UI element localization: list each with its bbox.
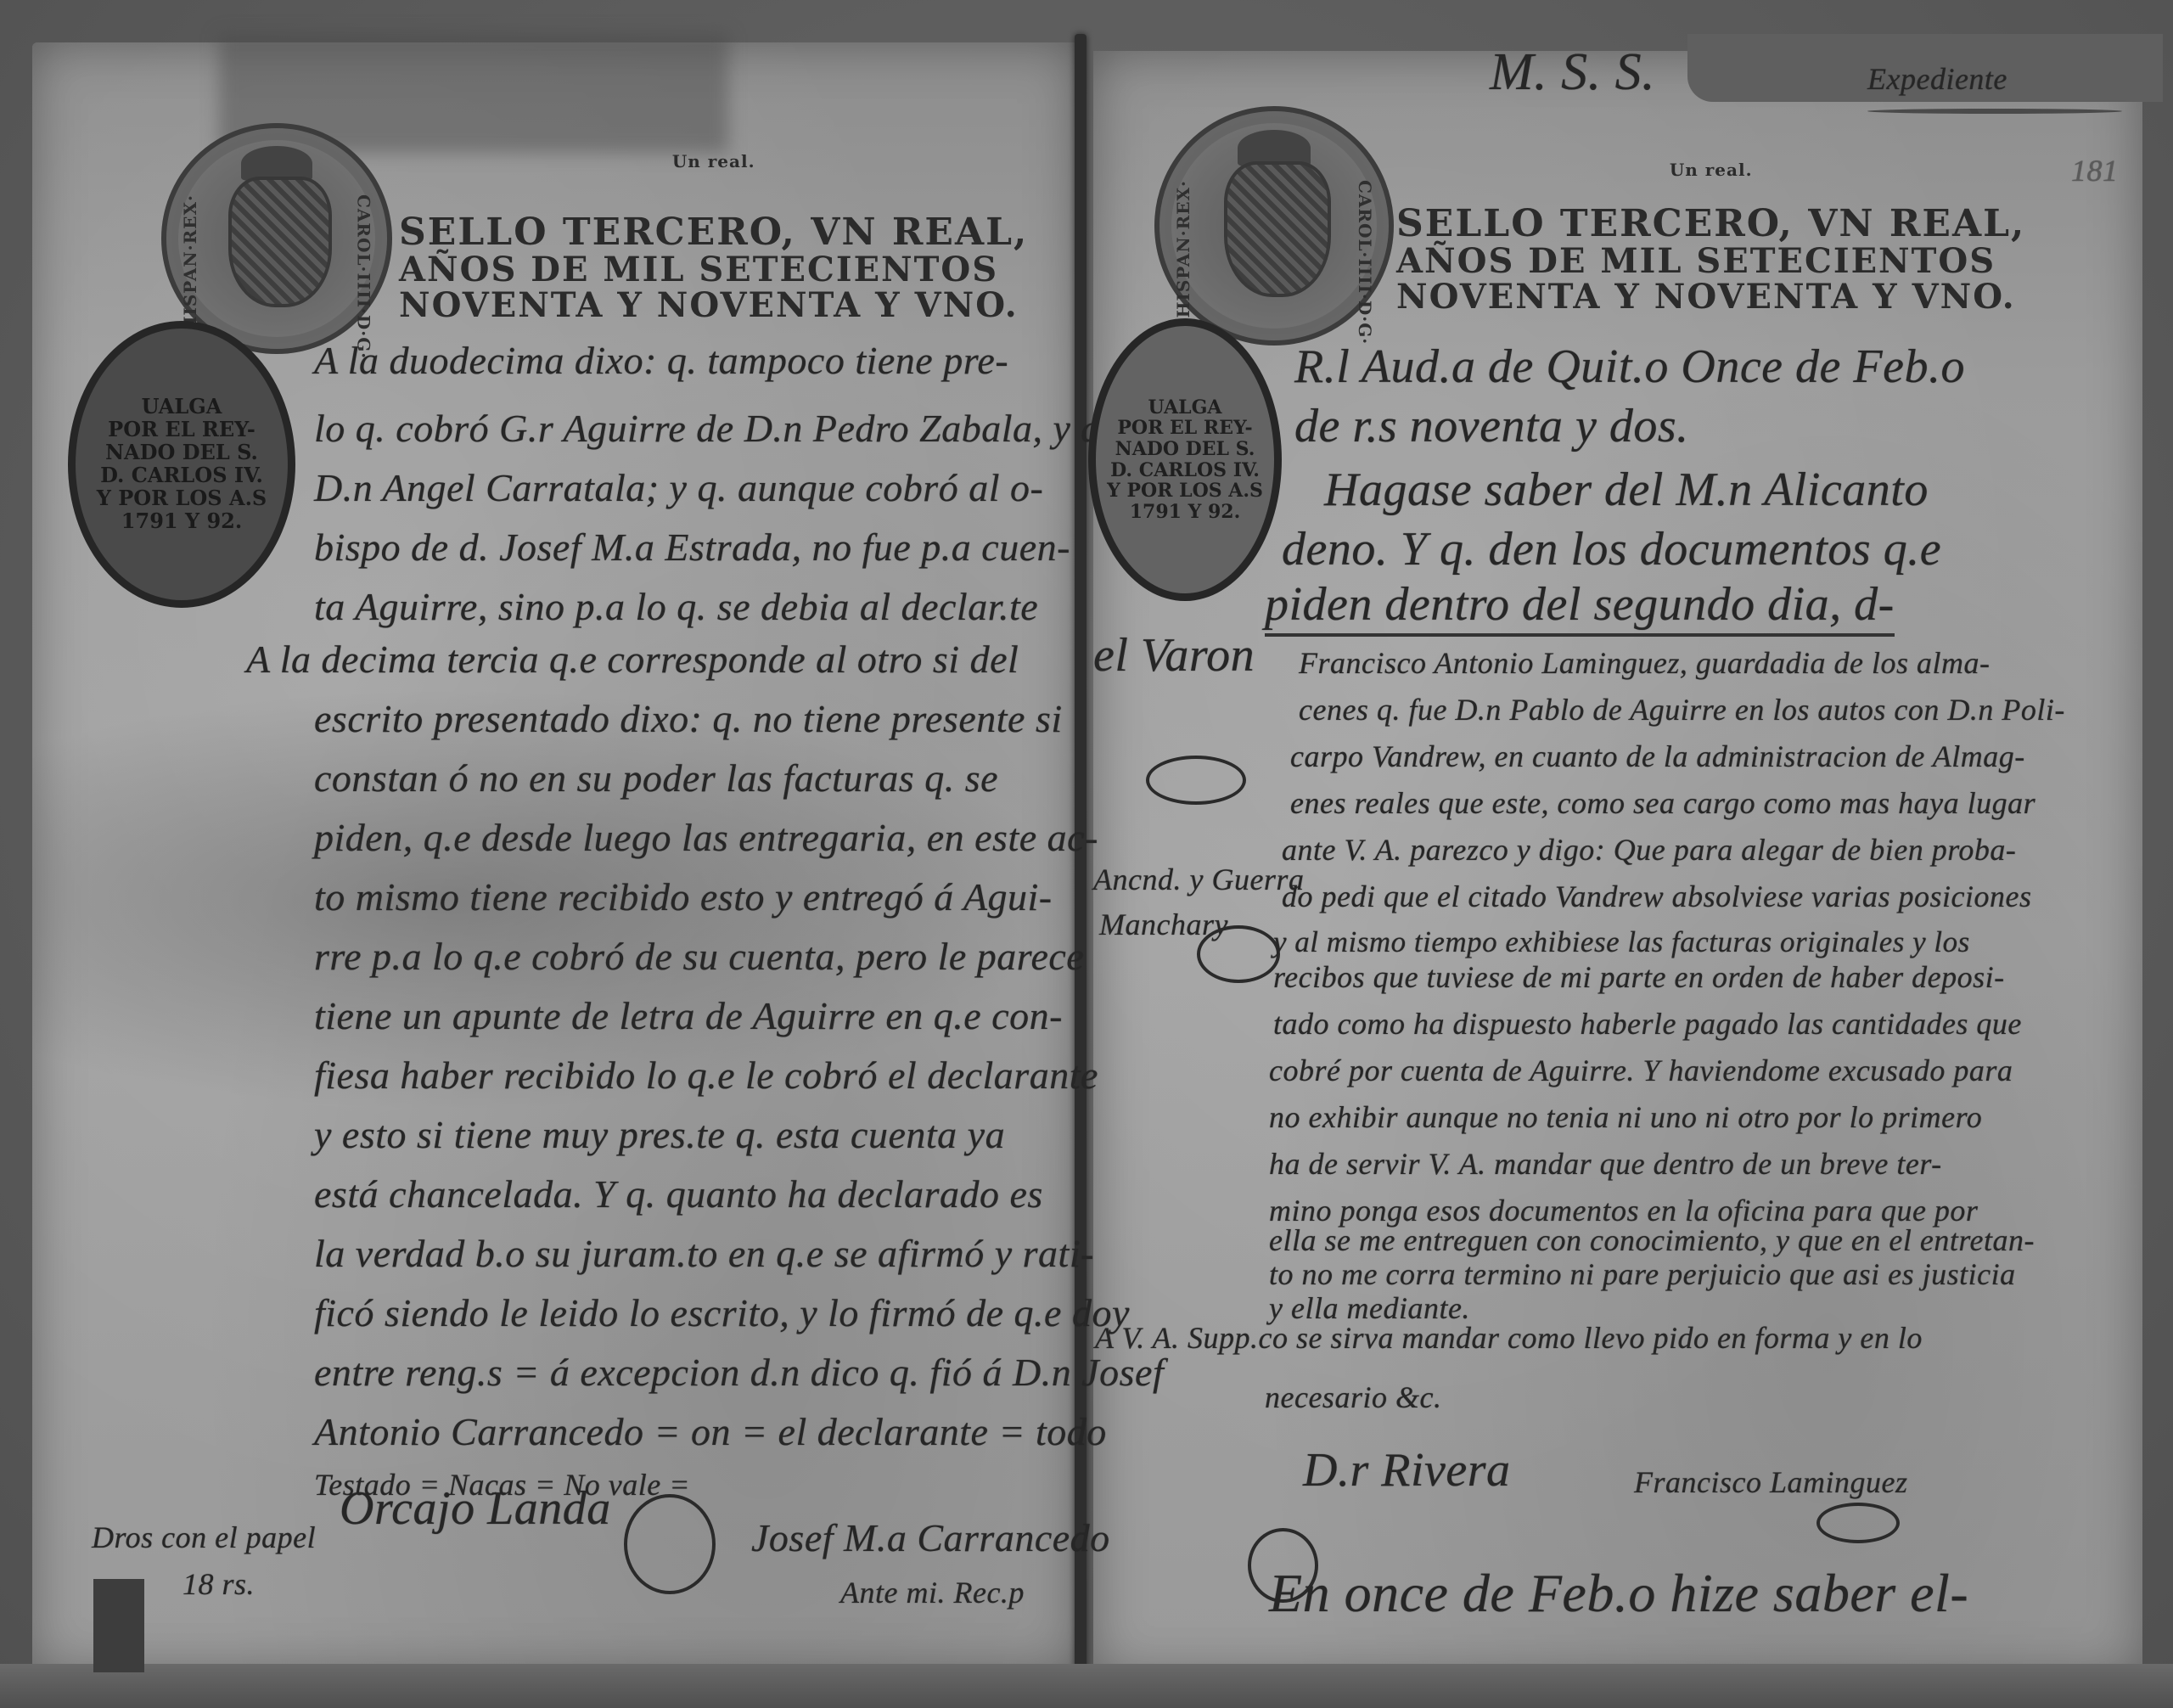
text-line: lo q. cobró G.r Aguirre de D.n Pedro Zab… bbox=[314, 406, 1119, 451]
stamp-line: 1791 Y 92. bbox=[1130, 502, 1241, 523]
text-line: bispo de d. Josef M.a Estrada, no fue p.… bbox=[314, 525, 1070, 570]
text-line: tiene un apunte de letra de Aguirre en q… bbox=[314, 993, 1063, 1038]
decree-line: Hagase saber del M.n Alicanto bbox=[1324, 463, 1929, 517]
header-line: NOVENTA Y NOVENTA Y VNO. bbox=[399, 288, 1028, 323]
stamp-line: POR EL REY- bbox=[1117, 418, 1252, 439]
seal-ring-text: HISPAN·REX· bbox=[180, 194, 200, 332]
printed-header-right: Un real. SELLO TERCERO, VN REAL, AÑOS DE… bbox=[1396, 161, 2025, 315]
signature-rivera: D.r Rivera bbox=[1303, 1443, 1511, 1497]
text-line: ella se me entreguen con conocimiento, y… bbox=[1269, 1222, 2035, 1258]
stamp-line: POR EL REY- bbox=[108, 419, 255, 441]
closing-line: En once de Feb.o hize saber el- bbox=[1269, 1562, 1968, 1625]
text-line: ante V. A. parezco y digo: Que para aleg… bbox=[1282, 832, 2016, 868]
header-line: NOVENTA Y NOVENTA Y VNO. bbox=[1396, 279, 2025, 315]
text-line: cobré por cuenta de Aguirre. Y haviendom… bbox=[1269, 1053, 2013, 1088]
margin-flourish bbox=[1146, 756, 1246, 805]
text-line: necesario &c. bbox=[1265, 1379, 1441, 1415]
text-line: cenes q. fue D.n Pablo de Aguirre en los… bbox=[1299, 692, 2065, 728]
stamp-line: Y POR LOS A.S bbox=[97, 487, 267, 510]
bottom-shadow bbox=[0, 1664, 2173, 1708]
text-line: A la decima tercia q.e corresponde al ot… bbox=[246, 637, 1019, 682]
stamp-line: D. CARLOS IV. bbox=[1110, 460, 1260, 481]
margin-note-varon: el Varon bbox=[1093, 628, 1255, 683]
decree-line: de r.s noventa y dos. bbox=[1294, 399, 1689, 453]
seal-ring-text: HISPAN·REX· bbox=[1173, 180, 1193, 317]
stamp-line: UALGA bbox=[1148, 397, 1222, 419]
folio-number: 181 bbox=[2071, 153, 2119, 188]
text-line: to no me corra termino ni pare perjuicio… bbox=[1269, 1256, 2016, 1292]
text-line: ta Aguirre, sino p.a lo q. se debia al d… bbox=[314, 584, 1038, 629]
stamp-line: Y POR LOS A.S bbox=[1107, 480, 1263, 502]
seal-ring-text: CAROL·IIII·D·G· bbox=[353, 194, 373, 359]
stamp-line: NADO DEL S. bbox=[1115, 439, 1255, 460]
margin-signature: Ancnd. y Guerra bbox=[1093, 862, 1304, 897]
royal-seal-stamp-left: HISPAN·REX· CAROL·IIII·D·G· bbox=[161, 123, 392, 354]
header-line: AÑOS DE MIL SETECIENTOS bbox=[1396, 244, 2025, 279]
text-line: Francisco Antonio Laminguez, guardadia d… bbox=[1299, 645, 1990, 681]
text-line: y esto si tiene muy pres.te q. esta cuen… bbox=[314, 1112, 1005, 1157]
decree-line: R.l Aud.a de Quit.o Once de Feb.o bbox=[1294, 340, 1965, 394]
text-line: to mismo tiene recibido esto y entregó á… bbox=[314, 874, 1053, 919]
text-line: rre p.a lo q.e cobró de su cuenta, pero … bbox=[314, 934, 1084, 979]
stamp-line: 1791 Y 92. bbox=[121, 510, 242, 533]
text-line: no exhibir aunque no tenia ni uno ni otr… bbox=[1269, 1099, 1982, 1135]
header-line: SELLO TERCERO, VN REAL, bbox=[1396, 205, 2025, 244]
signature-flourish bbox=[1816, 1503, 1900, 1543]
denomination-label: Un real. bbox=[1396, 161, 2025, 179]
text-line: escrito presentado dixo: q. no tiene pre… bbox=[314, 696, 1063, 741]
seal-ring-text: CAROL·IIII·D·G· bbox=[1355, 180, 1375, 345]
margin-note-amount: 18 rs. bbox=[182, 1566, 255, 1602]
coat-of-arms-icon bbox=[228, 177, 332, 307]
crown-icon bbox=[1238, 130, 1311, 166]
text-line: ha de servir V. A. mandar que dentro de … bbox=[1269, 1146, 1942, 1182]
stamp-line: D. CARLOS IV. bbox=[100, 464, 263, 487]
signature-laminguez: Francisco Laminguez bbox=[1634, 1464, 1907, 1500]
binding-shadow bbox=[93, 1579, 144, 1672]
crown-icon bbox=[241, 146, 312, 182]
valga-oval-stamp-right: UALGA POR EL REY- NADO DEL S. D. CARLOS … bbox=[1088, 318, 1282, 601]
decree-line: deno. Y q. den los documentos q.e bbox=[1282, 522, 1941, 576]
valga-oval-stamp-left: UALGA POR EL REY- NADO DEL S. D. CARLOS … bbox=[68, 321, 295, 608]
top-annotation: M. S. S. bbox=[1490, 42, 1655, 103]
margin-flourish bbox=[1197, 925, 1280, 983]
text-line: constan ó no en su poder las facturas q.… bbox=[314, 756, 998, 801]
text-line: do pedi que el citado Vandrew absolviese… bbox=[1282, 879, 2032, 914]
text-line: A V. A. Supp.co se sirva mandar como lle… bbox=[1095, 1320, 1923, 1356]
text-line: tado como ha dispuesto haberle pagado la… bbox=[1273, 1006, 2022, 1042]
denomination-label: Un real. bbox=[399, 153, 1028, 171]
decree-line: piden dentro del segundo dia, d- bbox=[1265, 577, 1895, 637]
royal-seal-stamp-right: HISPAN·REX· CAROL·IIII·D·G· bbox=[1154, 106, 1394, 346]
signature-flourish bbox=[624, 1494, 716, 1594]
text-line: y al mismo tiempo exhibiese las facturas… bbox=[1273, 925, 1970, 959]
header-line: AÑOS DE MIL SETECIENTOS bbox=[399, 252, 1028, 288]
expediente-underline bbox=[1867, 109, 2122, 114]
notary-note: Ante mi. Rec.p bbox=[840, 1575, 1025, 1610]
text-line: fiesa haber recibido lo q.e le cobró el … bbox=[314, 1053, 1098, 1098]
text-line: entre reng.s = á excepcion d.n dico q. f… bbox=[314, 1350, 1164, 1395]
text-line: carpo Vandrew, en cuanto de la administr… bbox=[1290, 739, 2025, 774]
margin-note-paper-cost: Dros con el papel bbox=[92, 1520, 316, 1555]
header-line: SELLO TERCERO, VN REAL, bbox=[399, 213, 1028, 252]
signature-official: Orcajo Landa bbox=[340, 1481, 611, 1536]
text-line: piden, q.e desde luego las entregaria, e… bbox=[314, 815, 1098, 860]
printed-header-left: Un real. SELLO TERCERO, VN REAL, AÑOS DE… bbox=[399, 153, 1028, 323]
coat-of-arms-icon bbox=[1224, 161, 1332, 296]
stamp-line: UALGA bbox=[142, 396, 222, 419]
text-line: ficó siendo le leido lo escrito, y lo fi… bbox=[314, 1290, 1130, 1335]
text-line: Antonio Carrancedo = on = el declarante … bbox=[314, 1409, 1107, 1454]
stamp-line: NADO DEL S. bbox=[105, 441, 258, 464]
text-line: enes reales que este, como sea cargo com… bbox=[1290, 785, 2035, 821]
text-line: D.n Angel Carratala; y q. aunque cobró a… bbox=[314, 465, 1043, 510]
text-line: A la duodecima dixo: q. tampoco tiene pr… bbox=[314, 338, 1008, 383]
expediente-label: Expediente bbox=[1867, 61, 2007, 97]
signature-declarant: Josef M.a Carrancedo bbox=[751, 1515, 1110, 1560]
text-line: recibos que tuviese de mi parte en orden… bbox=[1273, 959, 2005, 995]
text-line: está chancelada. Y q. quanto ha declarad… bbox=[314, 1171, 1043, 1216]
text-line: la verdad b.o su juram.to en q.e se afir… bbox=[314, 1231, 1094, 1276]
